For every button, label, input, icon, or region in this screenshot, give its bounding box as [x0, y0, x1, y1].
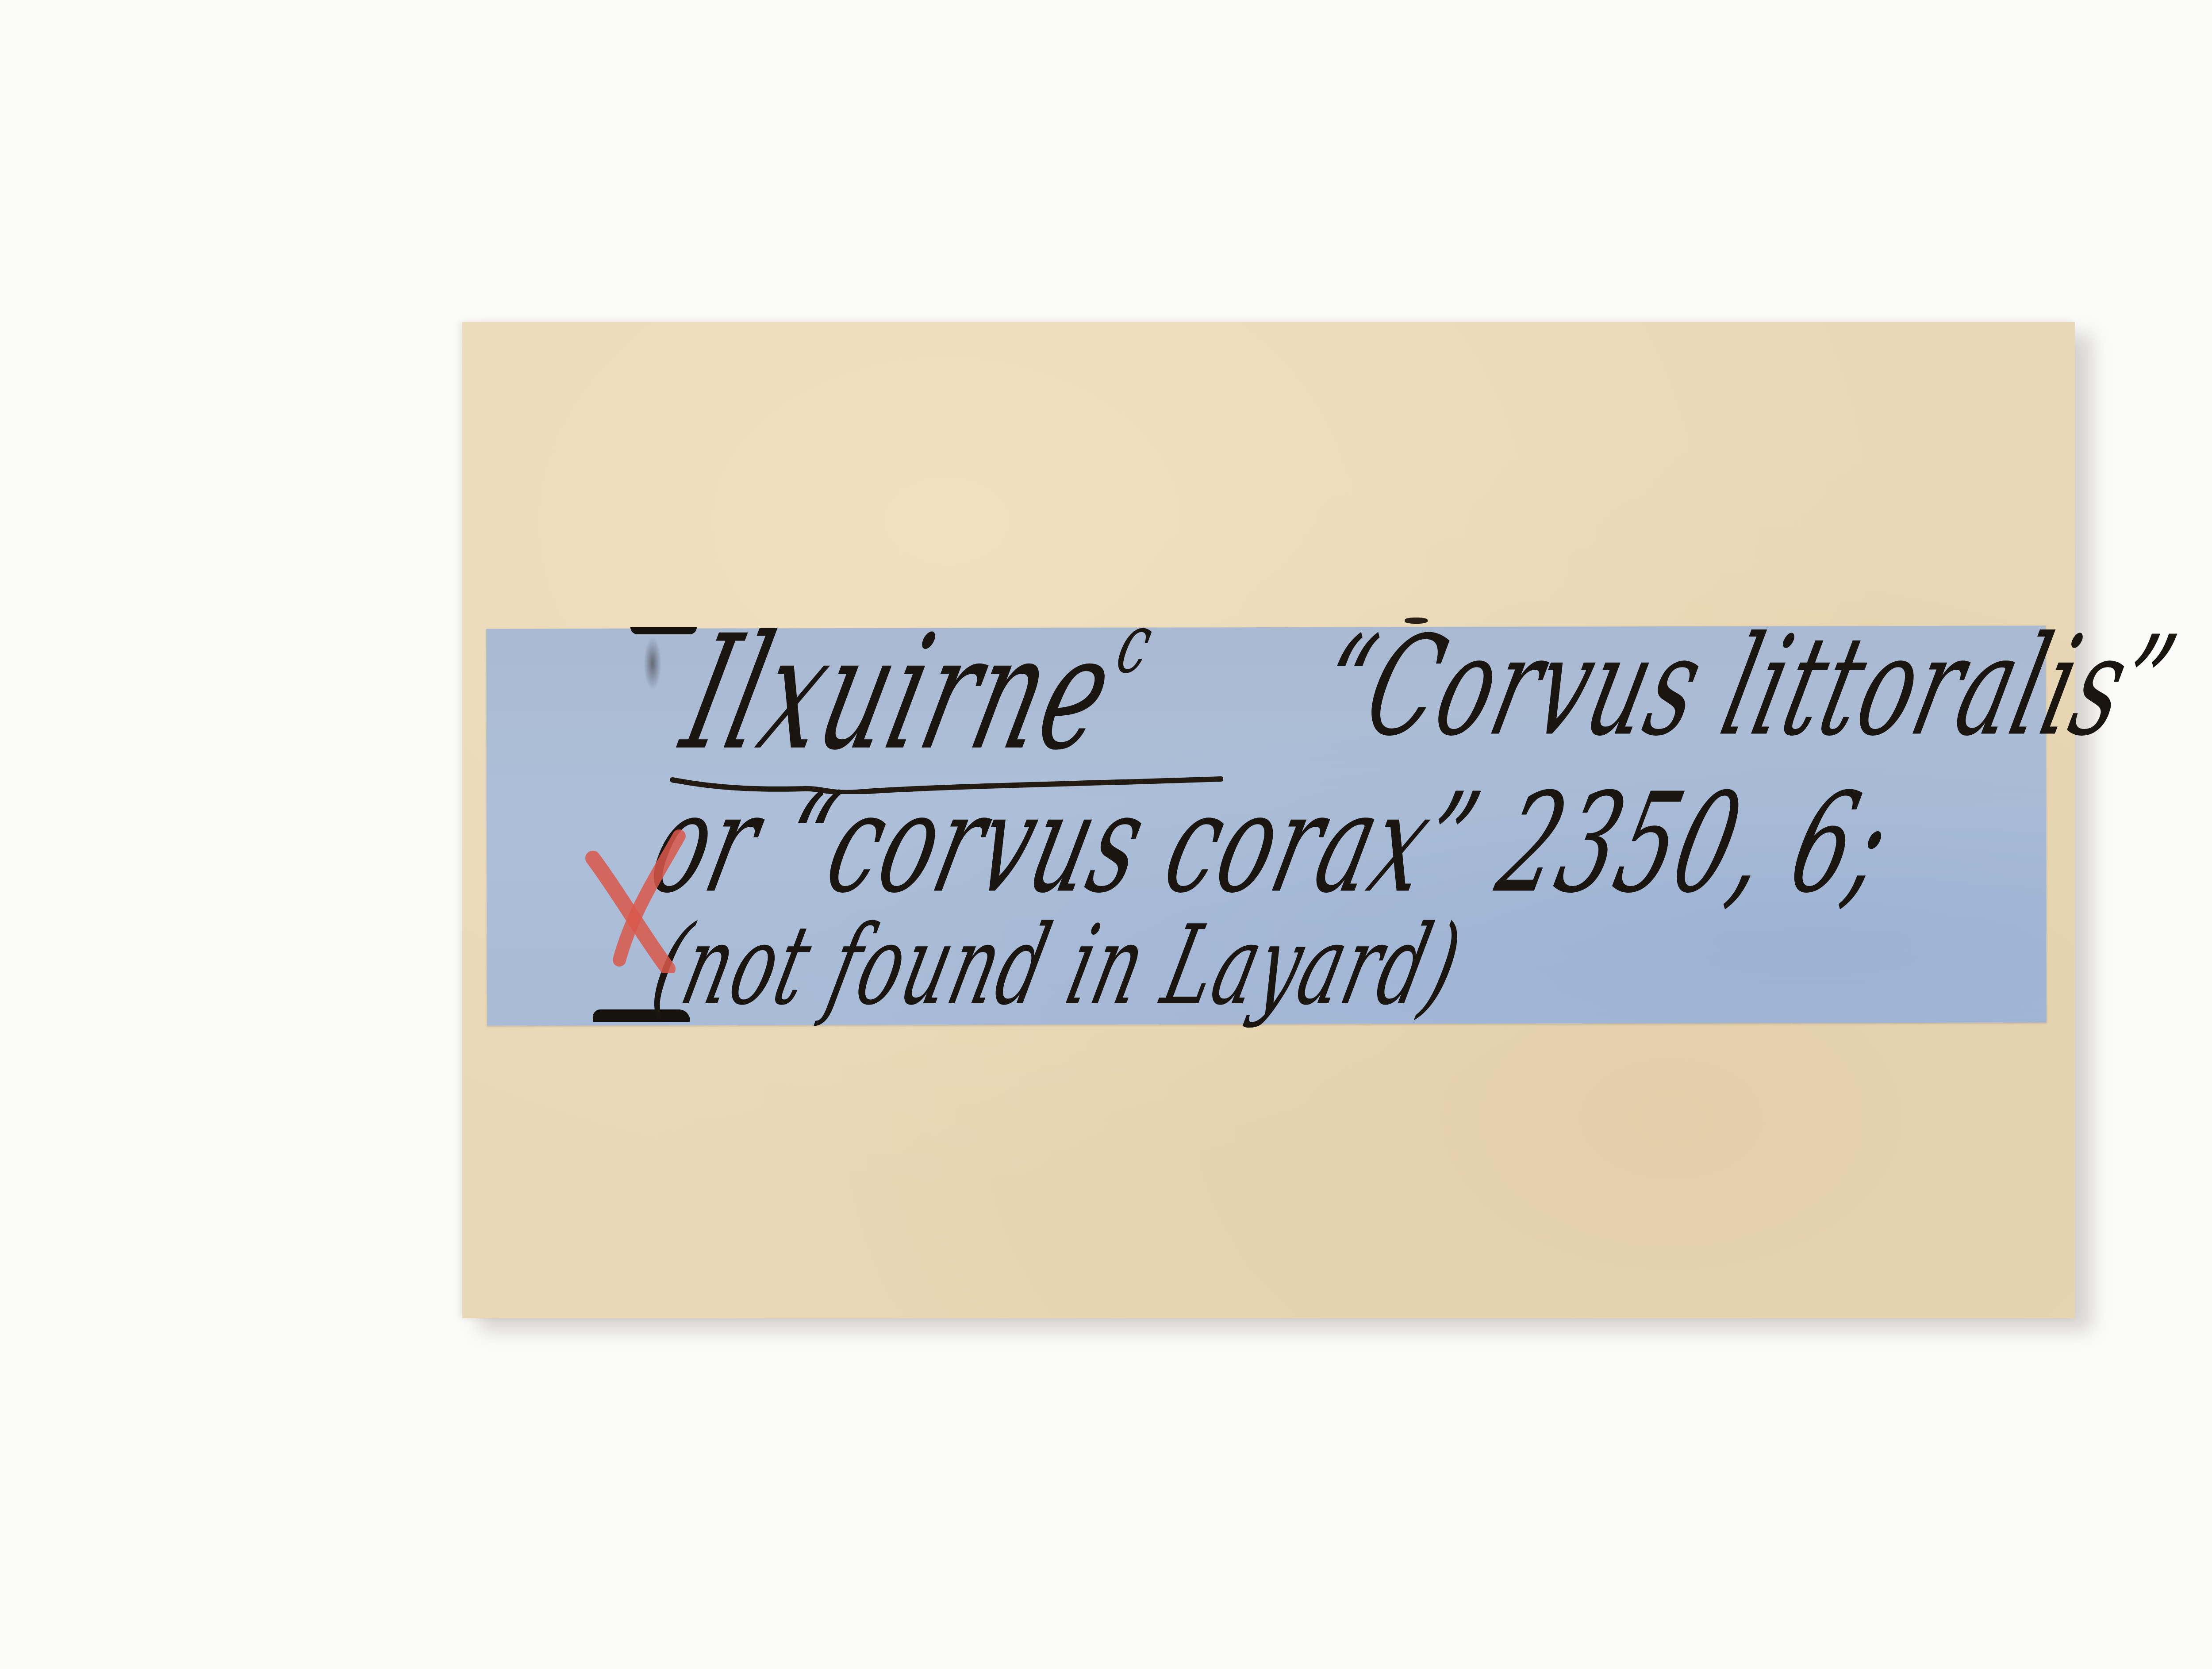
handwritten-greek-word: Ilxuirnec	[668, 597, 1164, 785]
handwritten-species-name: “Corvus littoralis”	[1305, 607, 2191, 767]
ink-smudge	[644, 637, 661, 690]
greek-word-text: Ilxuirne	[668, 602, 1130, 785]
handwritten-alt-name: or “corvus corax” 2350, 6;	[637, 764, 1906, 924]
ink-blot-top	[630, 627, 697, 634]
handwritten-note: (not found in Layard)	[641, 901, 1474, 1029]
red-x-mark-icon	[580, 827, 695, 973]
